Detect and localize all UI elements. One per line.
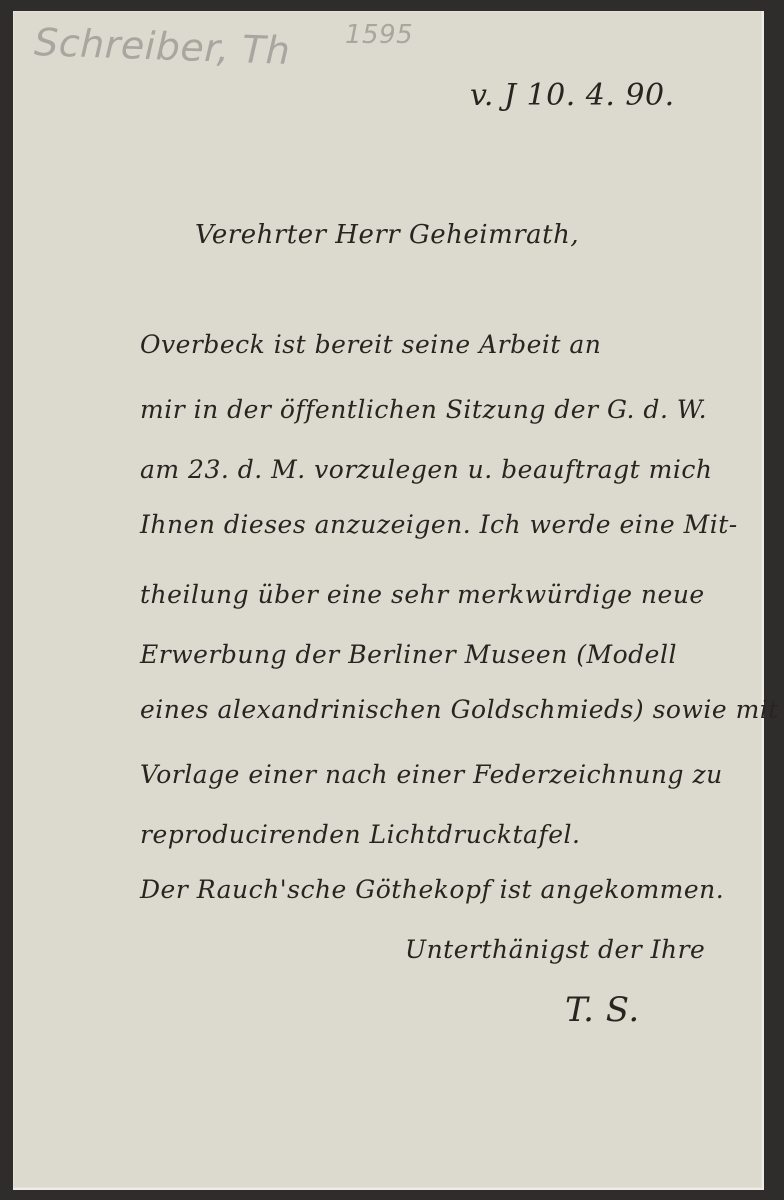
body-line-7: eines alexandrinischen Goldschmieds) sow… (140, 695, 779, 724)
body-line-10: Der Rauch'sche Göthekopf ist angekommen. (140, 875, 724, 904)
letter-closing: Unterthänigst der Ihre (405, 935, 705, 964)
letter-signature: T. S. (565, 990, 640, 1030)
body-line-6: Erwerbung der Berliner Museen (Modell (140, 640, 677, 669)
body-line-2: mir in der öffentlichen Sitzung der G. d… (140, 395, 707, 424)
archive-name-annotation: Schreiber, Th (33, 20, 291, 73)
body-line-8: Vorlage einer nach einer Federzeichnung … (140, 760, 723, 789)
body-line-5: theilung über eine sehr merkwürdige neue (140, 580, 705, 609)
body-line-1: Overbeck ist bereit seine Arbeit an (140, 330, 601, 359)
body-line-4: Ihnen dieses anzuzeigen. Ich werde eine … (140, 510, 738, 539)
body-line-3: am 23. d. M. vorzulegen u. beauftragt mi… (140, 455, 712, 484)
body-line-9: reproducirenden Lichtdrucktafel. (140, 820, 580, 849)
letter-date: v. J 10. 4. 90. (470, 78, 675, 113)
archive-number-annotation: 1595 (345, 20, 413, 50)
letter-salutation: Verehrter Herr Geheimrath, (195, 220, 579, 250)
